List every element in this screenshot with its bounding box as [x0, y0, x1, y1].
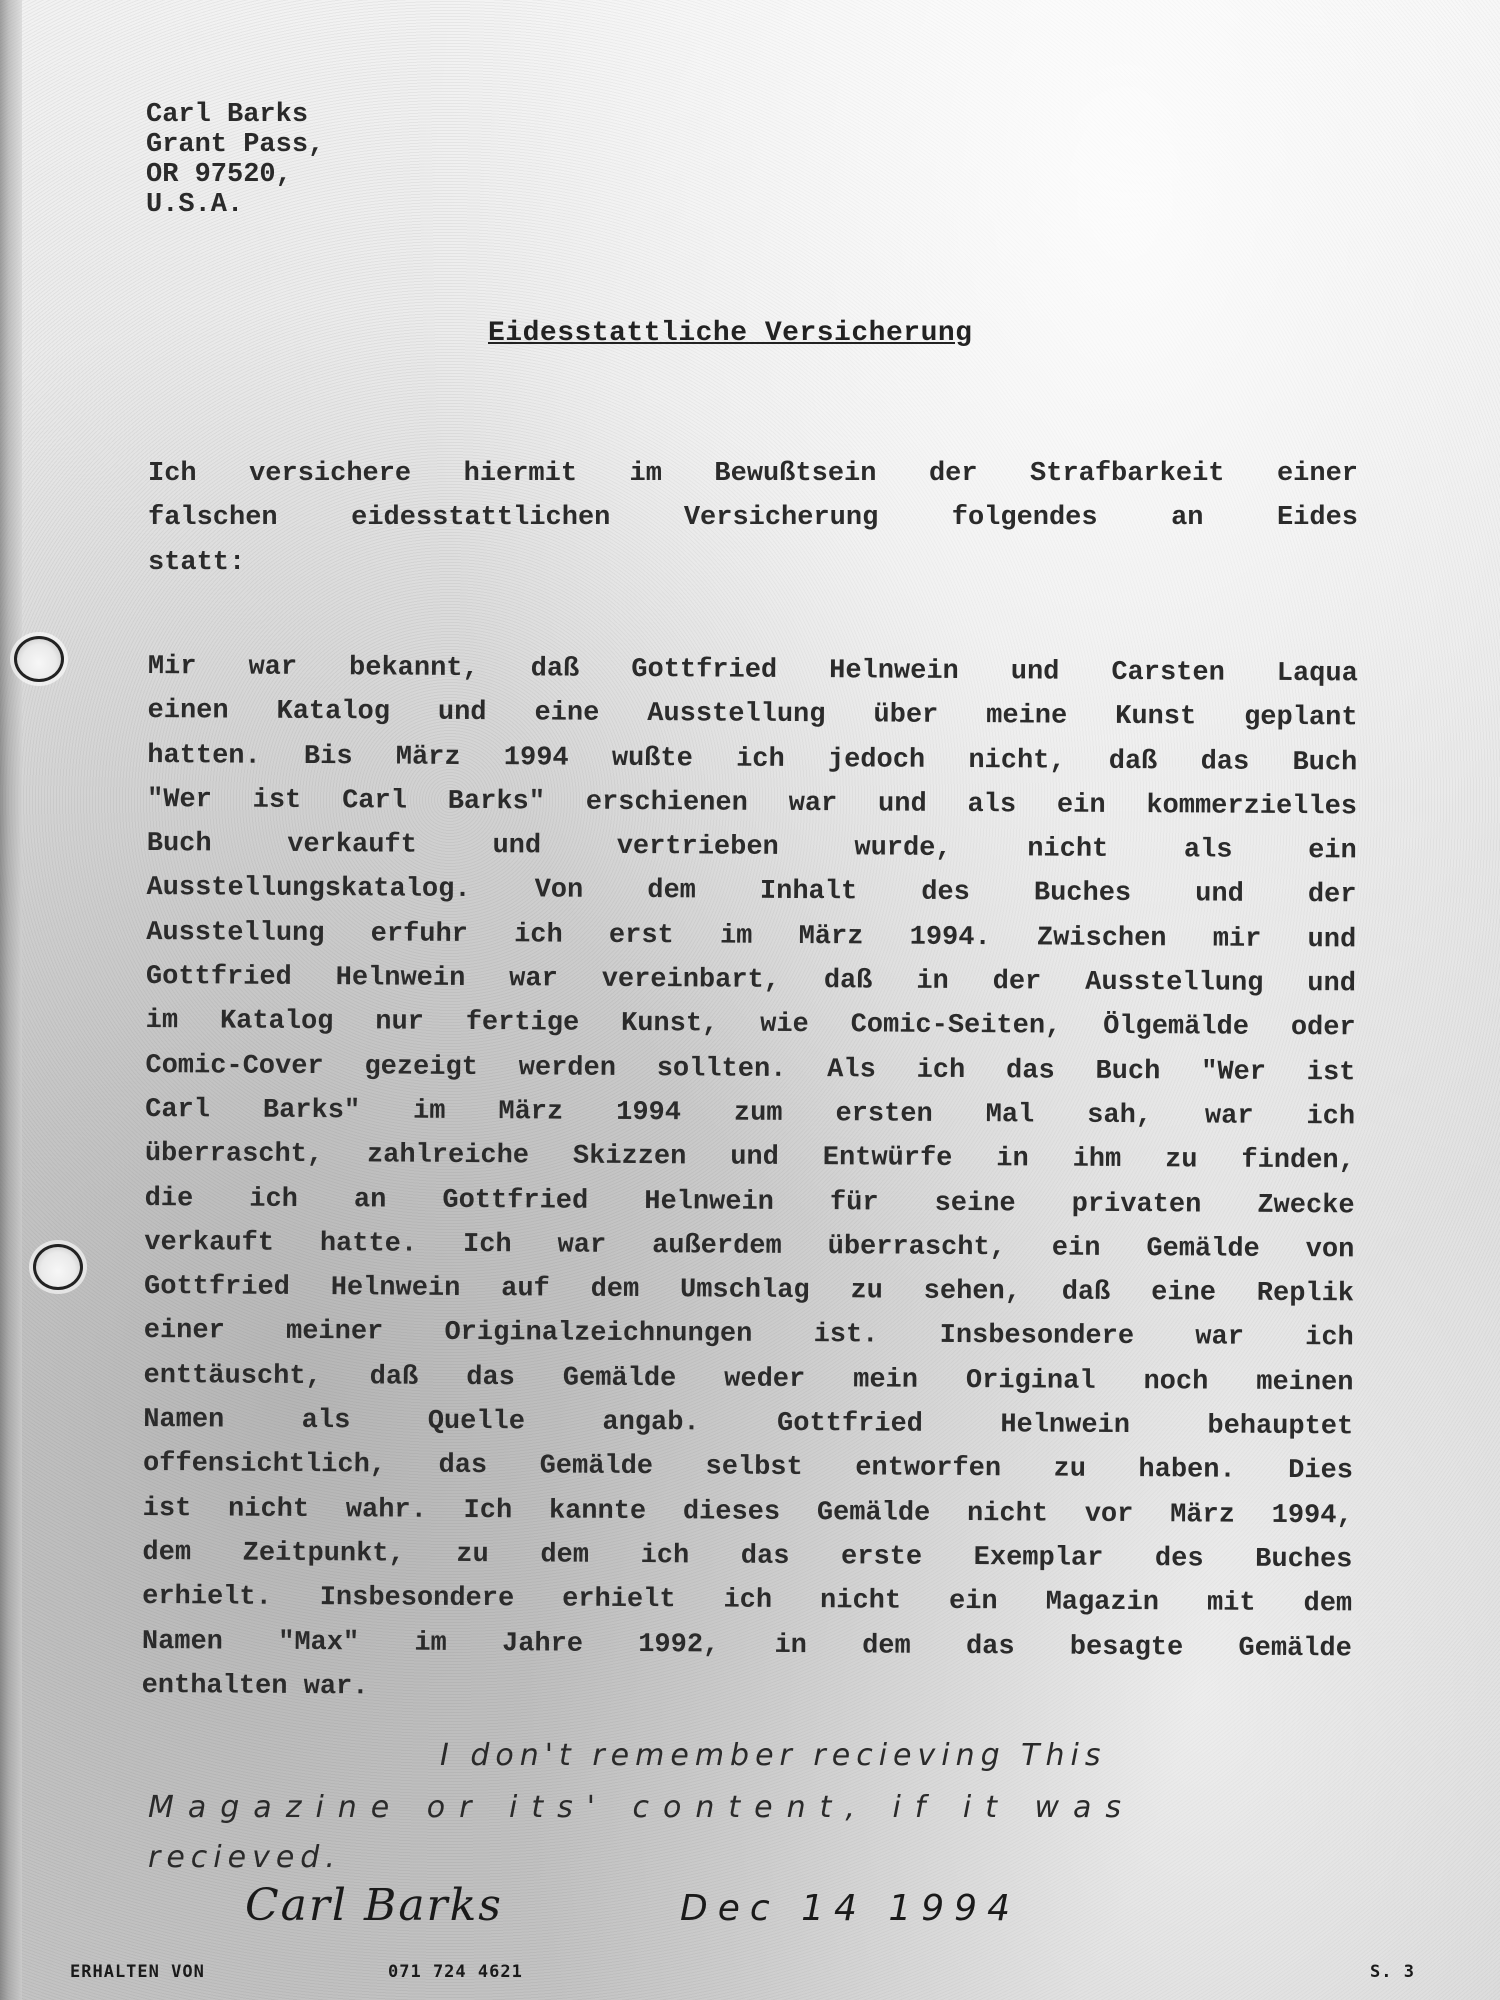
text-line: falschen eidesstattlichen Versicherung f…	[148, 496, 1358, 540]
text-line: Namen als Quelle angab. Gottfried Helnwe…	[143, 1398, 1353, 1450]
handwritten-note-line: recieved.	[148, 1840, 1348, 1875]
signature-date: Dec 14 1994	[680, 1888, 1020, 1929]
text-line: Buch verkauft und vertrieben wurde, nich…	[147, 822, 1357, 874]
fax-phone-number: 071 724 4621	[388, 1962, 523, 1982]
sender-city: Grant Pass,	[146, 130, 324, 160]
scan-edge-shadow	[0, 0, 22, 2000]
signature: Carl Barks	[245, 1880, 503, 1931]
text-line: enthalten war.	[142, 1664, 1352, 1716]
paragraph-declaration: Ich versichere hiermit im Bewußtsein der…	[148, 452, 1358, 585]
text-line: einer meiner Originalzeichnungen ist. In…	[144, 1309, 1354, 1361]
text-line: statt:	[148, 541, 1358, 585]
sender-name: Carl Barks	[146, 100, 324, 130]
text-line: Ich versichere hiermit im Bewußtsein der…	[148, 452, 1358, 496]
paragraph-statement: Mir war bekannt, daß Gottfried Helnwein …	[142, 645, 1358, 1715]
handwritten-note-line: I don't remember recieving This	[440, 1738, 1500, 1773]
document-title: Eidesstattliche Versicherung	[488, 318, 972, 349]
text-line: überrascht, zahlreiche Skizzen und Entwü…	[145, 1132, 1355, 1184]
punch-hole-icon	[14, 636, 64, 682]
scanned-page: Carl Barks Grant Pass, OR 97520, U.S.A. …	[0, 0, 1500, 2000]
punch-hole-icon	[33, 1244, 83, 1290]
text-line: "Wer ist Carl Barks" erschienen war und …	[147, 778, 1357, 830]
text-line: einen Katalog und eine Ausstellung über …	[147, 689, 1357, 741]
text-line: verkauft hatte. Ich war außerdem überras…	[144, 1221, 1354, 1273]
text-line: hatten. Bis März 1994 wußte ich jedoch n…	[147, 734, 1357, 786]
text-line: Carl Barks" im März 1994 zum ersten Mal …	[145, 1088, 1355, 1140]
text-line: dem Zeitpunkt, zu dem ich das erste Exem…	[142, 1531, 1352, 1583]
fax-page-number: S. 3	[1370, 1962, 1415, 1982]
handwritten-note-line: Magazine or its' content, if it was	[148, 1790, 1348, 1825]
text-line: erhielt. Insbesondere erhielt ich nicht …	[142, 1575, 1352, 1627]
text-line: Mir war bekannt, daß Gottfried Helnwein …	[148, 645, 1358, 697]
sender-country: U.S.A.	[146, 190, 324, 220]
sender-address: Carl Barks Grant Pass, OR 97520, U.S.A.	[146, 100, 324, 220]
text-line: Comic-Cover gezeigt werden sollten. Als …	[145, 1044, 1355, 1096]
sender-state-zip: OR 97520,	[146, 160, 324, 190]
text-line: im Katalog nur fertige Kunst, wie Comic-…	[146, 999, 1356, 1051]
text-line: die ich an Gottfried Helnwein für seine …	[144, 1177, 1354, 1229]
fax-received-from-label: ERHALTEN VON	[70, 1962, 205, 1982]
text-line: Gottfried Helnwein auf dem Umschlag zu s…	[144, 1265, 1354, 1317]
text-line: Gottfried Helnwein war vereinbart, daß i…	[146, 955, 1356, 1007]
text-line: enttäuscht, daß das Gemälde weder mein O…	[143, 1354, 1353, 1406]
text-line: ist nicht wahr. Ich kannte dieses Gemäld…	[143, 1487, 1353, 1539]
text-line: Ausstellung erfuhr ich erst im März 1994…	[146, 911, 1356, 963]
text-line: Namen "Max" im Jahre 1992, in dem das be…	[142, 1620, 1352, 1672]
text-line: offensichtlich, das Gemälde selbst entwo…	[143, 1442, 1353, 1494]
text-line: Ausstellungskatalog. Von dem Inhalt des …	[146, 866, 1356, 918]
